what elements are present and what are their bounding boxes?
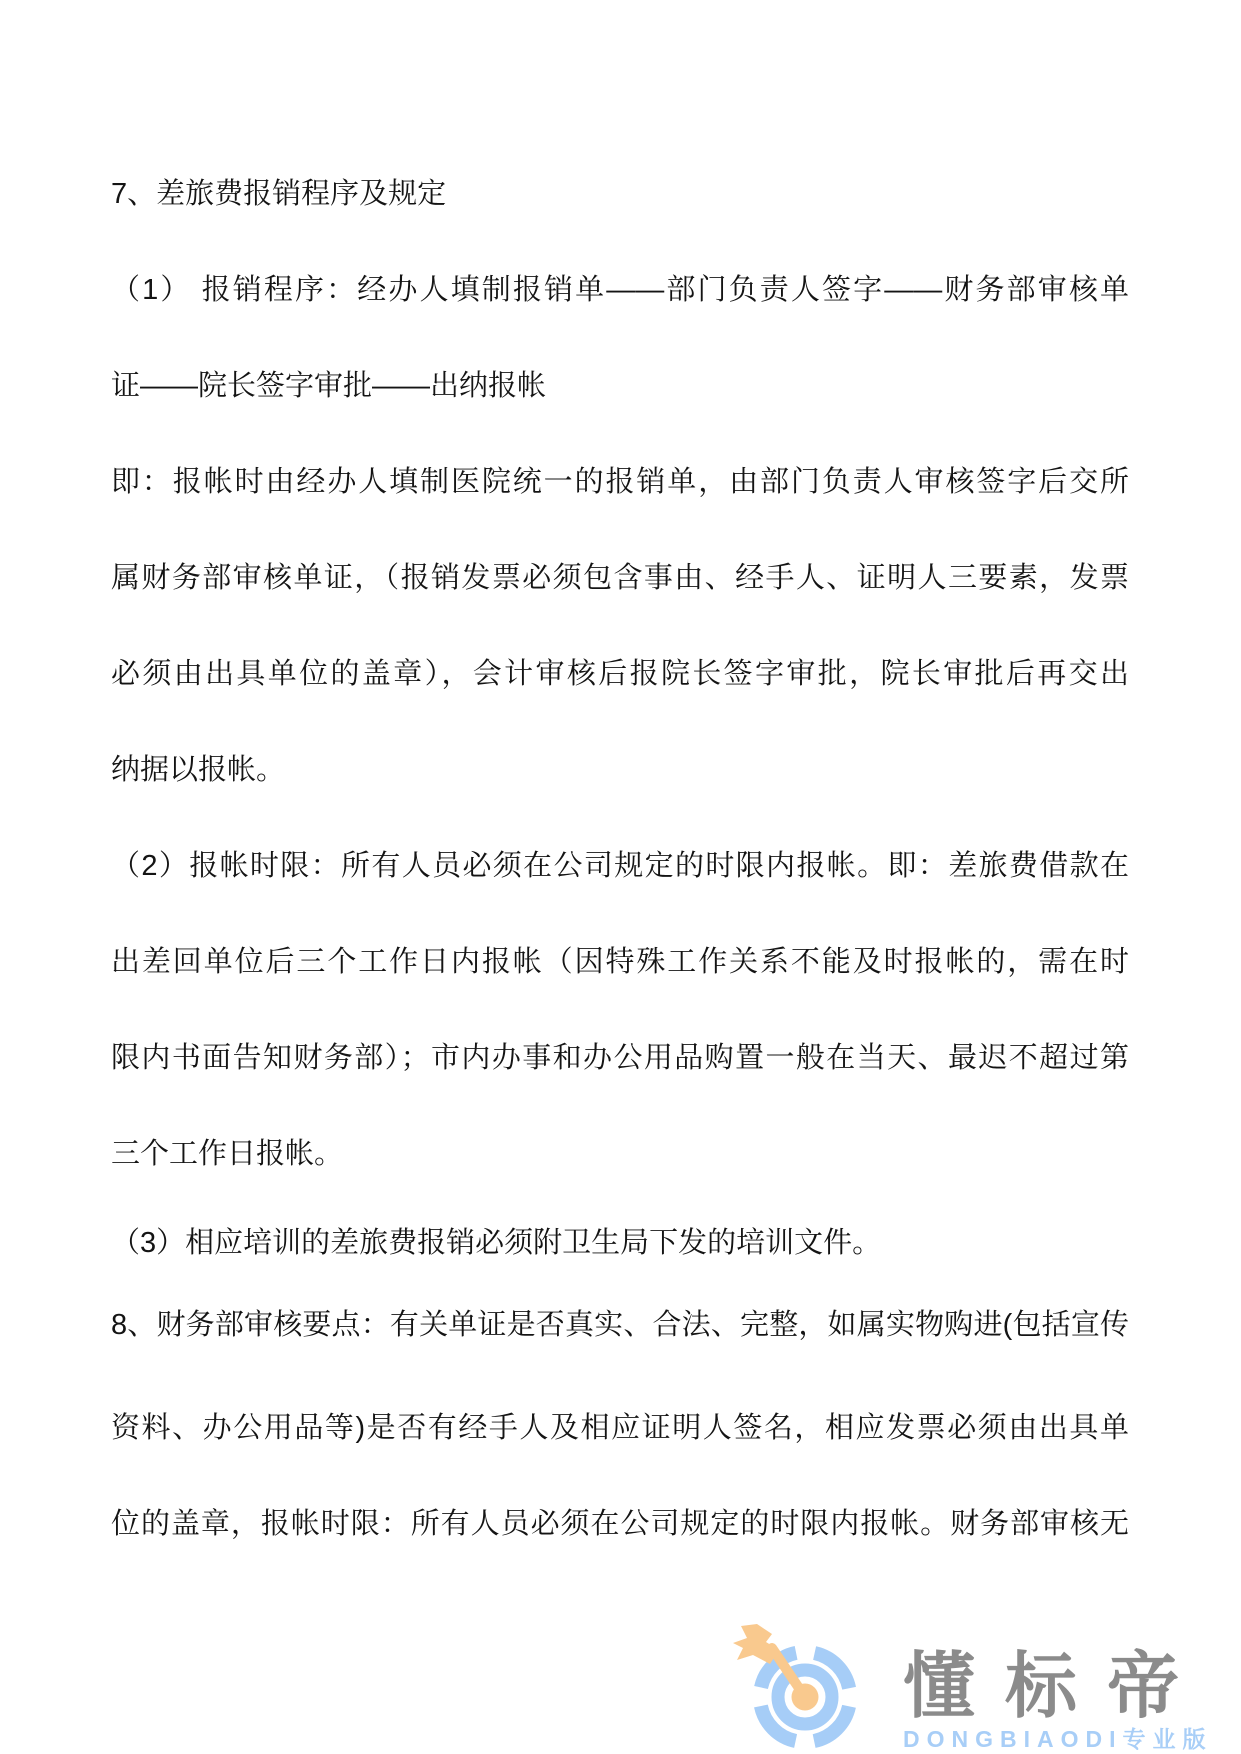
text-line: 出差回单位后三个工作日内报帐（因特殊工作关系不能及时报帐的，需在时 — [111, 914, 1129, 1010]
text-line: 三个工作日报帐。 — [111, 1106, 1129, 1202]
text-line: （2）报帐时限：所有人员必须在公司规定的时限内报帐。即：差旅费借款在 — [111, 818, 1129, 914]
watermark-text: 懂标帝 DONGBIAODI专业版 — [903, 1618, 1213, 1751]
brand-name-cn: 懂标帝 — [903, 1654, 1213, 1720]
edition-label: 专业版 — [1123, 1726, 1213, 1752]
text-line: 资料、办公用品等)是否有经手人及相应证明人签名，相应发票必须由出具单 — [111, 1380, 1129, 1476]
brand-name-en: DONGBIAODI — [903, 1726, 1123, 1752]
text-line: 限内书面告知财务部）；市内办事和办公用品购置一般在当天、最迟不超过第 — [111, 1010, 1129, 1106]
text-line: 必须由出具单位的盖章），会计审核后报院长签字审批，院长审批后再交出 — [111, 626, 1129, 722]
target-dart-icon — [723, 1618, 877, 1754]
text-line: 7、差旅费报销程序及规定 — [111, 146, 1129, 242]
document-page: 7、差旅费报销程序及规定 （1） 报销程序：经办人填制报销单——部门负责人签字—… — [0, 0, 1241, 1754]
text-line: 证——院长签字审批——出纳报帐 — [111, 338, 1129, 434]
brand-subline: DONGBIAODI专业版 — [903, 1728, 1213, 1751]
text-line: 位的盖章，报帐时限：所有人员必须在公司规定的时限内报帐。财务部审核无 — [111, 1476, 1129, 1572]
document-body: 7、差旅费报销程序及规定 （1） 报销程序：经办人填制报销单——部门负责人签字—… — [111, 146, 1129, 1572]
watermark: 懂标帝 DONGBIAODI专业版 — [723, 1618, 1213, 1754]
text-line: （3）相应培训的差旅费报销必须附卫生局下发的培训文件。 — [111, 1202, 1129, 1284]
text-line: 属财务部审核单证，（报销发票必须包含事由、经手人、证明人三要素，发票 — [111, 530, 1129, 626]
dart-tip-dot — [792, 1684, 819, 1711]
text-line: （1） 报销程序：经办人填制报销单——部门负责人签字——财务部审核单 — [111, 242, 1129, 338]
text-line: 即：报帐时由经办人填制医院统一的报销单，由部门负责人审核签字后交所 — [111, 434, 1129, 530]
text-line: 8、财务部审核要点：有关单证是否真实、合法、完整，如属实物购进(包括宣传 — [111, 1284, 1129, 1366]
text-line: 纳据以报帐。 — [111, 722, 1129, 818]
